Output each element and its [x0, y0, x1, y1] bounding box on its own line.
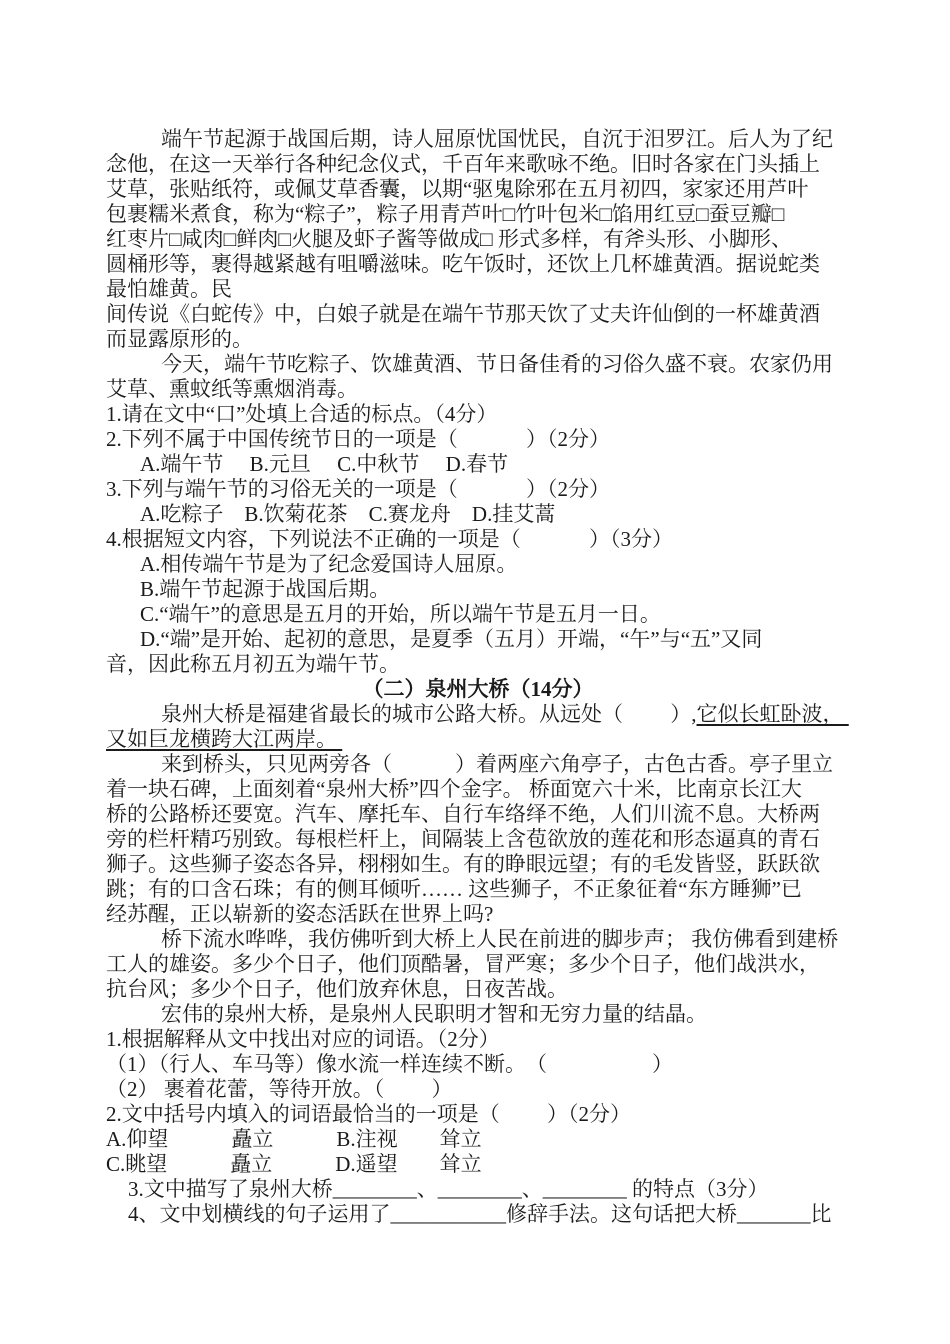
text-segment: A.端午节 B.元旦 C.中秋节 D.春节 — [140, 452, 508, 476]
text-segment: 红枣片□咸肉□鲜肉□火腿及虾子酱等做成□ 形式多样，有斧头形、小脚形、 — [106, 227, 792, 251]
doc-line: 艾草、熏蚊纸等熏烟消毒。 — [106, 377, 850, 402]
doc-line: 跳；有的口含石珠；有的侧耳倾听…… 这些狮子，不正象征着“东方睡狮”已 — [106, 877, 850, 902]
text-segment: 来到桥头，只见两旁各（ ）着两座六角亭子，古色古香。亭子里立 — [161, 752, 833, 776]
text-segment: C.眺望 矗立 D.遥望 耸立 — [106, 1152, 482, 1176]
underlined-text: 它似长虹卧波， — [697, 702, 849, 726]
doc-line: （2） 裹着花蕾，等待开放。（ ） — [106, 1077, 850, 1102]
text-segment: 抗台风；多少个日子，他们放弃休息，日夜苦战。 — [106, 977, 568, 1001]
doc-line: 桥下流水哗哗，我仿佛听到大桥上人民在前进的脚步声； 我仿佛看到建桥 — [106, 927, 850, 952]
text-segment: 狮子。这些狮子姿态各异，栩栩如生。有的睁眼远望；有的毛发皆竖，跃跃欲 — [106, 852, 820, 876]
doc-line: 狮子。这些狮子姿态各异，栩栩如生。有的睁眼远望；有的毛发皆竖，跃跃欲 — [106, 852, 850, 877]
text-segment: 3.文中描写了泉州大桥________、________、________ 的特… — [128, 1177, 769, 1201]
text-segment: 泉州大桥是福建省最长的城市公路大桥。从远处（ ）, — [161, 702, 697, 726]
doc-line: A.端午节 B.元旦 C.中秋节 D.春节 — [106, 452, 850, 477]
doc-line: 又如巨龙横跨大江两岸。 — [106, 727, 850, 752]
text-segment: （1）（行人、车马等）像水流一样连续不断。 （ ） — [106, 1052, 673, 1076]
text-segment: 艾草，张贴纸符，或佩艾草香囊，以期“驱鬼除邪在五月初四，家家还用芦叶 — [106, 177, 808, 201]
doc-line: D.“端”是开始、起初的意思，是夏季（五月）开端，“午”与“五”又同 — [106, 627, 850, 652]
doc-line: 红枣片□咸肉□鲜肉□火腿及虾子酱等做成□ 形式多样，有斧头形、小脚形、 — [106, 227, 850, 252]
doc-line: 经苏醒，正以崭新的姿态活跃在世界上吗? — [106, 902, 850, 927]
text-segment: （2） 裹着花蕾，等待开放。（ ） — [106, 1077, 453, 1101]
text-segment: 间传说《白蛇传》中，白娘子就是在端午节那天饮了丈夫许仙倒的一杯雄黄酒 — [106, 302, 820, 326]
text-segment: 桥的公路桥还要宽。汽车、摩托车、自行车络绎不绝，人们川流不息。大桥两 — [106, 802, 820, 826]
doc-line: 1.请在文中“口”处填上合适的标点。（4分） — [106, 402, 850, 427]
section-heading: （二）泉州大桥（14分） — [106, 677, 850, 702]
text-segment: 最怕雄黄。民 — [106, 277, 232, 301]
doc-line: 桥的公路桥还要宽。汽车、摩托车、自行车络绎不绝，人们川流不息。大桥两 — [106, 802, 850, 827]
text-segment: 2.文中括号内填入的词语最恰当的一项是（ ）（2分） — [106, 1102, 631, 1126]
text-segment: A.相传端午节是为了纪念爱国诗人屈原。 — [140, 552, 517, 576]
doc-line: 艾草，张贴纸符，或佩艾草香囊，以期“驱鬼除邪在五月初四，家家还用芦叶 — [106, 177, 850, 202]
doc-line: 4.根据短文内容，下列说法不正确的一项是（ ）（3分） — [106, 527, 850, 552]
text-segment: 经苏醒，正以崭新的姿态活跃在世界上吗? — [106, 902, 493, 926]
doc-line: 念他，在这一天举行各种纪念仪式，千百年来歌咏不绝。旧时各家在门头插上 — [106, 152, 850, 177]
doc-line: C.眺望 矗立 D.遥望 耸立 — [106, 1152, 850, 1177]
text-segment: 艾草、熏蚊纸等熏烟消毒。 — [106, 377, 358, 401]
doc-line: C.“端午”的意思是五月的开始，所以端午节是五月一日。 — [106, 602, 850, 627]
doc-line: 最怕雄黄。民 — [106, 277, 850, 302]
doc-line: 抗台风；多少个日子，他们放弃休息，日夜苦战。 — [106, 977, 850, 1002]
doc-line: 来到桥头，只见两旁各（ ）着两座六角亭子，古色古香。亭子里立 — [106, 752, 850, 777]
text-segment: 念他，在这一天举行各种纪念仪式，千百年来歌咏不绝。旧时各家在门头插上 — [106, 152, 820, 176]
text-segment: D.“端”是开始、起初的意思，是夏季（五月）开端，“午”与“五”又同 — [140, 627, 762, 651]
doc-line: A.仰望 矗立 B.注视 耸立 — [106, 1127, 850, 1152]
doc-line: B.端午节起源于战国后期。 — [106, 577, 850, 602]
doc-line: 4、文中划横线的句子运用了___________修辞手法。这句话把大桥_____… — [106, 1202, 850, 1227]
doc-line: 2.文中括号内填入的词语最恰当的一项是（ ）（2分） — [106, 1102, 850, 1127]
doc-line: 着一块石碑，上面刻着“泉州大桥”四个金字。 桥面宽六十米，比南京长江大 — [106, 777, 850, 802]
doc-line: 端午节起源于战国后期，诗人屈原忧国忧民，自沉于汨罗江。后人为了纪 — [106, 127, 850, 152]
doc-line: 而显露原形的。 — [106, 327, 850, 352]
text-segment: 端午节起源于战国后期，诗人屈原忧国忧民，自沉于汨罗江。后人为了纪 — [161, 127, 833, 151]
text-segment: 宏伟的泉州大桥，是泉州人民职明才智和无穷力量的结晶。 — [161, 1002, 707, 1026]
text-segment: 桥下流水哗哗，我仿佛听到大桥上人民在前进的脚步声； 我仿佛看到建桥 — [161, 927, 838, 951]
doc-line: A.相传端午节是为了纪念爱国诗人屈原。 — [106, 552, 850, 577]
doc-line: 圆桶形等，裹得越紧越有咀嚼滋味。吃午饭时，还饮上几杯雄黄酒。据说蛇类 — [106, 252, 850, 277]
text-segment: 旁的栏杆精巧别致。每根栏杆上，间隔装上含苞欲放的莲花和形态逼真的青石 — [106, 827, 820, 851]
text-segment: （二）泉州大桥（14分） — [363, 677, 594, 701]
text-segment: B.端午节起源于战国后期。 — [140, 577, 390, 601]
text-segment: 4、文中划横线的句子运用了___________修辞手法。这句话把大桥_____… — [128, 1202, 832, 1226]
text-segment: C.“端午”的意思是五月的开始，所以端午节是五月一日。 — [140, 602, 661, 626]
text-segment: A.仰望 矗立 B.注视 耸立 — [106, 1127, 482, 1151]
doc-line: 3.文中描写了泉州大桥________、________、________ 的特… — [106, 1177, 850, 1202]
text-segment: 4.根据短文内容，下列说法不正确的一项是（ ）（3分） — [106, 527, 673, 551]
text-segment: 着一块石碑，上面刻着“泉州大桥”四个金字。 桥面宽六十米，比南京长江大 — [106, 777, 802, 801]
underlined-text: 又如巨龙横跨大江两岸。 — [106, 727, 342, 751]
doc-line: 泉州大桥是福建省最长的城市公路大桥。从远处（ ）,它似长虹卧波， — [106, 702, 850, 727]
doc-line: 今天，端午节吃粽子、饮雄黄酒、节日备佳肴的习俗久盛不衰。农家仍用 — [106, 352, 850, 377]
doc-line: A.吃粽子 B.饮菊花茶 C.赛龙舟 D.挂艾蒿 — [106, 502, 850, 527]
doc-line: 1.根据解释从文中找出对应的词语。（2分） — [106, 1027, 850, 1052]
text-segment: 2.下列不属于中国传统节日的一项是（ ）（2分） — [106, 427, 610, 451]
doc-line: 间传说《白蛇传》中，白娘子就是在端午节那天饮了丈夫许仙倒的一杯雄黄酒 — [106, 302, 850, 327]
text-segment: A.吃粽子 B.饮菊花茶 C.赛龙舟 D.挂艾蒿 — [140, 502, 555, 526]
document-page: 端午节起源于战国后期，诗人屈原忧国忧民，自沉于汨罗江。后人为了纪念他，在这一天举… — [0, 0, 950, 1344]
doc-line: 旁的栏杆精巧别致。每根栏杆上，间隔装上含苞欲放的莲花和形态逼真的青石 — [106, 827, 850, 852]
text-segment: 跳；有的口含石珠；有的侧耳倾听…… 这些狮子，不正象征着“东方睡狮”已 — [106, 877, 802, 901]
doc-line: 3.下列与端午节的习俗无关的一项是（ ）（2分） — [106, 477, 850, 502]
doc-line: 音，因此称五月初五为端午节。 — [106, 652, 850, 677]
text-segment: 3.下列与端午节的习俗无关的一项是（ ）（2分） — [106, 477, 610, 501]
exam-text-body: 端午节起源于战国后期，诗人屈原忧国忧民，自沉于汨罗江。后人为了纪念他，在这一天举… — [106, 127, 850, 1227]
doc-line: 2.下列不属于中国传统节日的一项是（ ）（2分） — [106, 427, 850, 452]
text-segment: 圆桶形等，裹得越紧越有咀嚼滋味。吃午饭时，还饮上几杯雄黄酒。据说蛇类 — [106, 252, 820, 276]
doc-line: （1）（行人、车马等）像水流一样连续不断。 （ ） — [106, 1052, 850, 1077]
text-segment: 工人的雄姿。多少个日子，他们顶酷暑，冒严寒；多少个日子，他们战洪水， — [106, 952, 820, 976]
text-segment: 今天，端午节吃粽子、饮雄黄酒、节日备佳肴的习俗久盛不衰。农家仍用 — [161, 352, 833, 376]
text-segment: 1.根据解释从文中找出对应的词语。（2分） — [106, 1027, 500, 1051]
text-segment: 1.请在文中“口”处填上合适的标点。（4分） — [106, 402, 497, 426]
doc-line: 宏伟的泉州大桥，是泉州人民职明才智和无穷力量的结晶。 — [106, 1002, 850, 1027]
text-segment: 音，因此称五月初五为端午节。 — [106, 652, 400, 676]
text-segment: 包裹糯米煮食，称为“粽子”，粽子用青芦叶□竹叶包米□馅用红豆□蚕豆瓣□ — [106, 202, 784, 226]
text-segment: 而显露原形的。 — [106, 327, 253, 351]
doc-line: 工人的雄姿。多少个日子，他们顶酷暑，冒严寒；多少个日子，他们战洪水， — [106, 952, 850, 977]
doc-line: 包裹糯米煮食，称为“粽子”，粽子用青芦叶□竹叶包米□馅用红豆□蚕豆瓣□ — [106, 202, 850, 227]
